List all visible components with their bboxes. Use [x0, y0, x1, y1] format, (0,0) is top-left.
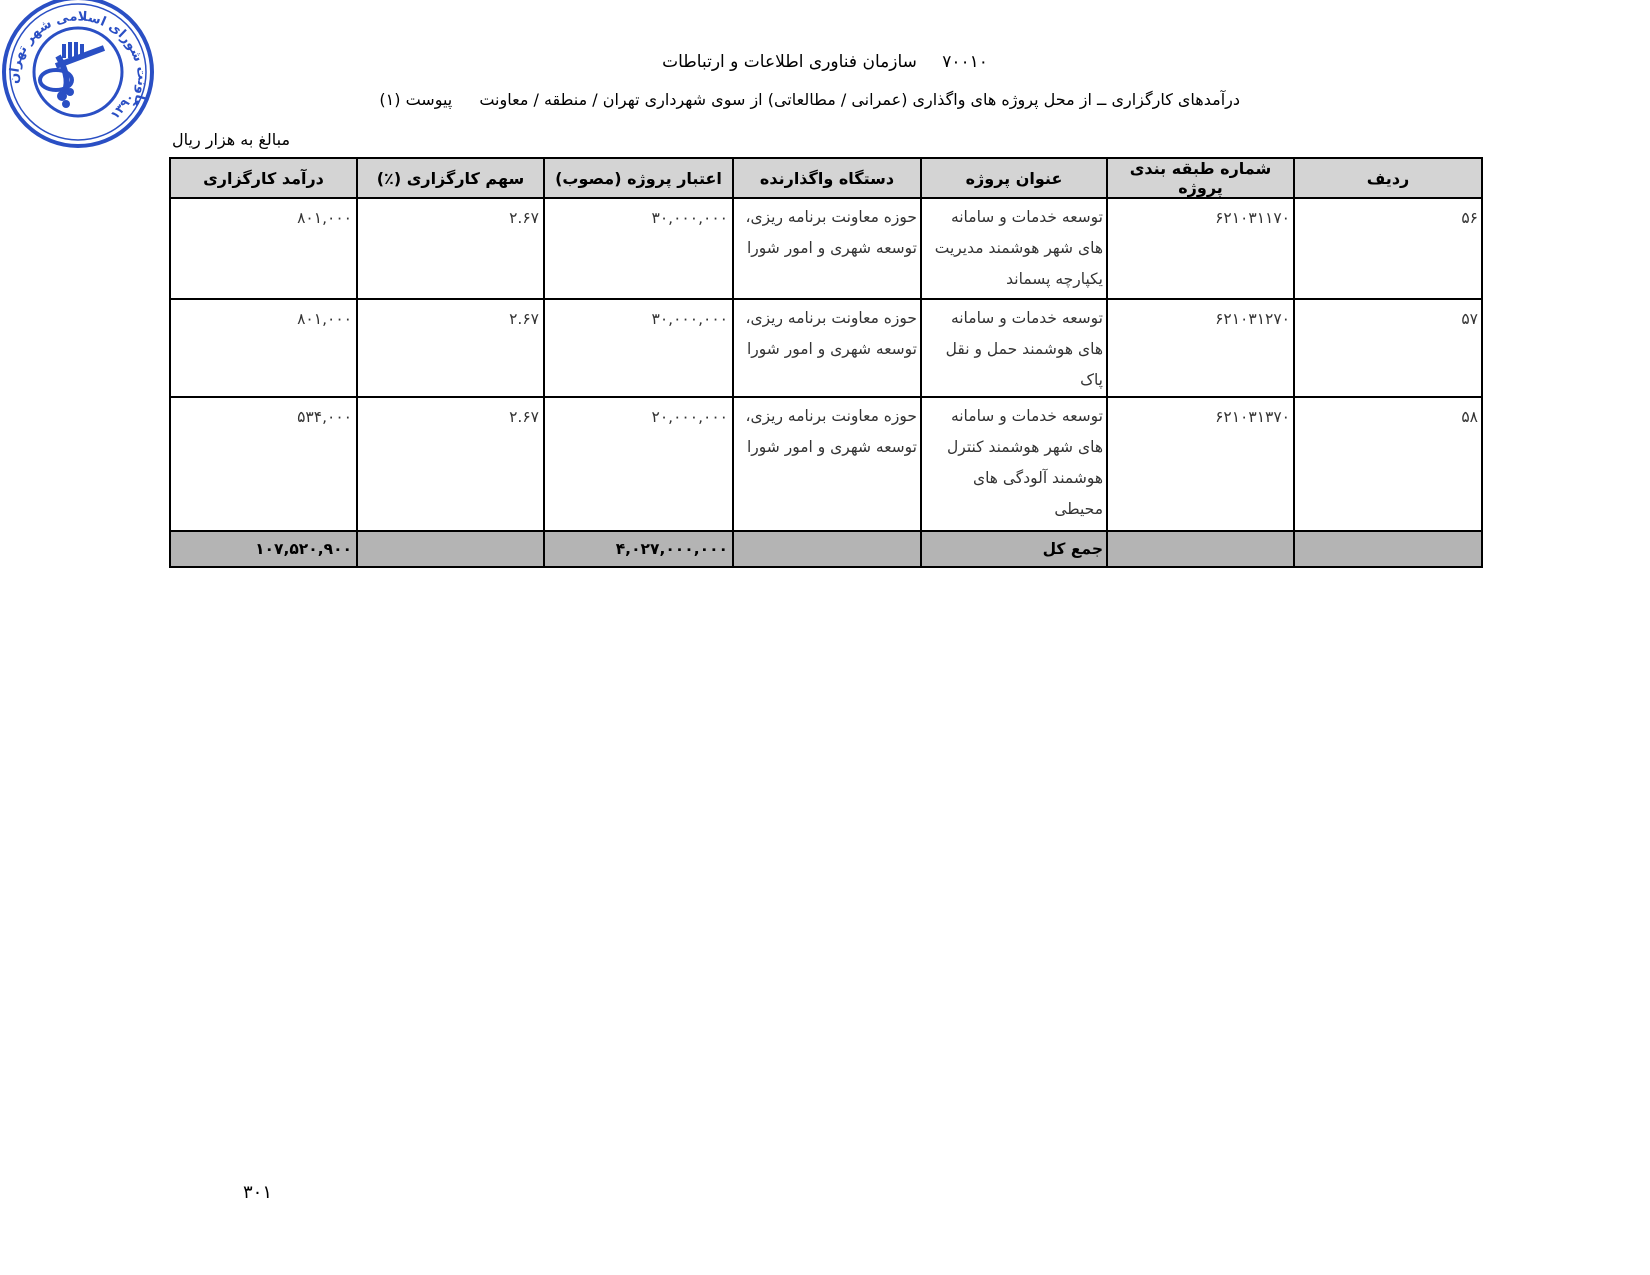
column-header-share-percent: سهم کارگزاری (٪) [357, 158, 544, 198]
income-value: ۸۰۱,۰۰۰ [171, 304, 352, 335]
cell-project-code: ۶۲۱۰۳۱۳۷۰ [1107, 397, 1294, 531]
total-approved-budget-value: ۴,۰۲۷,۰۰۰,۰۰۰ [545, 534, 728, 565]
document-title: ۷۰۰۱۰ سازمان فناوری اطلاعات و ارتباطات [0, 52, 1650, 72]
official-seal-stamp-icon: معاونت شورای اسلامی شهر تهران ۱۳۹۰ [0, 0, 158, 152]
cell-row-number: ۵۷ [1294, 299, 1482, 397]
cell-assigning-body: حوزه معاونت برنامه ریزی، توسعه شهری و ام… [733, 299, 921, 397]
annex-label: پیوست (۱) [379, 90, 452, 109]
column-header-approved-budget: اعتبار پروژه (مصوب) [544, 158, 733, 198]
share-percent-value: ۲.۶۷ [358, 304, 539, 335]
total-income: ۱۰۷,۵۲۰,۹۰۰ [170, 531, 357, 567]
total-approved-budget: ۴,۰۲۷,۰۰۰,۰۰۰ [544, 531, 733, 567]
org-code: ۷۰۰۱۰ [942, 52, 988, 72]
cell-row-number: ۵۶ [1294, 198, 1482, 299]
cell-share-percent: ۲.۶۷ [357, 198, 544, 299]
cell-income: ۸۰۱,۰۰۰ [170, 198, 357, 299]
total-cell-empty [733, 531, 921, 567]
approved-budget-value: ۳۰,۰۰۰,۰۰۰ [545, 203, 728, 234]
cell-assigning-body: حوزه معاونت برنامه ریزی، توسعه شهری و ام… [733, 397, 921, 531]
column-header-project-title: عنوان پروژه [921, 158, 1107, 198]
total-row: جمع کل ۴,۰۲۷,۰۰۰,۰۰۰ ۱۰۷,۵۲۰,۹۰۰ [170, 531, 1482, 567]
cell-project-title: توسعه خدمات و سامانه های شهر هوشمند مدیر… [921, 198, 1107, 299]
cell-project-title: توسعه خدمات و سامانه های شهر هوشمند کنتر… [921, 397, 1107, 531]
cell-project-code: ۶۲۱۰۳۱۲۷۰ [1107, 299, 1294, 397]
subtitle-text: درآمدهای کارگزاری ــ از محل پروژه های وا… [479, 90, 1240, 109]
total-cell-empty [1294, 531, 1482, 567]
column-header-project-code: شماره طبقه بندی پروژه [1107, 158, 1294, 198]
approved-budget-value: ۳۰,۰۰۰,۰۰۰ [545, 304, 728, 335]
cell-approved-budget: ۲۰,۰۰۰,۰۰۰ [544, 397, 733, 531]
table-header-row: ردیف شماره طبقه بندی پروژه عنوان پروژه د… [170, 158, 1482, 198]
cell-income: ۸۰۱,۰۰۰ [170, 299, 357, 397]
total-cell-empty [1107, 531, 1294, 567]
cell-assigning-body: حوزه معاونت برنامه ریزی، توسعه شهری و ام… [733, 198, 921, 299]
income-value: ۸۰۱,۰۰۰ [171, 203, 352, 234]
table-row: ۵۷ ۶۲۱۰۳۱۲۷۰ توسعه خدمات و سامانه های هو… [170, 299, 1482, 397]
cell-project-title: توسعه خدمات و سامانه های هوشمند حمل و نق… [921, 299, 1107, 397]
table-row: ۵۶ ۶۲۱۰۳۱۱۷۰ توسعه خدمات و سامانه های شه… [170, 198, 1482, 299]
approved-budget-value: ۲۰,۰۰۰,۰۰۰ [545, 402, 728, 433]
cell-share-percent: ۲.۶۷ [357, 299, 544, 397]
unit-note: مبالغ به هزار ریال [172, 130, 290, 149]
cell-share-percent: ۲.۶۷ [357, 397, 544, 531]
share-percent-value: ۲.۶۷ [358, 203, 539, 234]
cell-income: ۵۳۴,۰۰۰ [170, 397, 357, 531]
income-value: ۵۳۴,۰۰۰ [171, 402, 352, 433]
table-row: ۵۸ ۶۲۱۰۳۱۳۷۰ توسعه خدمات و سامانه های شه… [170, 397, 1482, 531]
cell-approved-budget: ۳۰,۰۰۰,۰۰۰ [544, 299, 733, 397]
total-income-value: ۱۰۷,۵۲۰,۹۰۰ [171, 534, 352, 565]
total-cell-empty [357, 531, 544, 567]
brokerage-income-table: ردیف شماره طبقه بندی پروژه عنوان پروژه د… [169, 157, 1483, 568]
column-header-assigning-body: دستگاه واگذارنده [733, 158, 921, 198]
cell-approved-budget: ۳۰,۰۰۰,۰۰۰ [544, 198, 733, 299]
column-header-row-number: ردیف [1294, 158, 1482, 198]
cell-row-number: ۵۸ [1294, 397, 1482, 531]
organization-name: سازمان فناوری اطلاعات و ارتباطات [662, 52, 917, 72]
column-header-income: درآمد کارگزاری [170, 158, 357, 198]
cell-project-code: ۶۲۱۰۳۱۱۷۰ [1107, 198, 1294, 299]
document-subtitle: درآمدهای کارگزاری ــ از محل پروژه های وا… [420, 90, 1240, 109]
page-number: ۳۰۱ [243, 1182, 272, 1203]
share-percent-value: ۲.۶۷ [358, 402, 539, 433]
total-label: جمع کل [921, 531, 1107, 567]
